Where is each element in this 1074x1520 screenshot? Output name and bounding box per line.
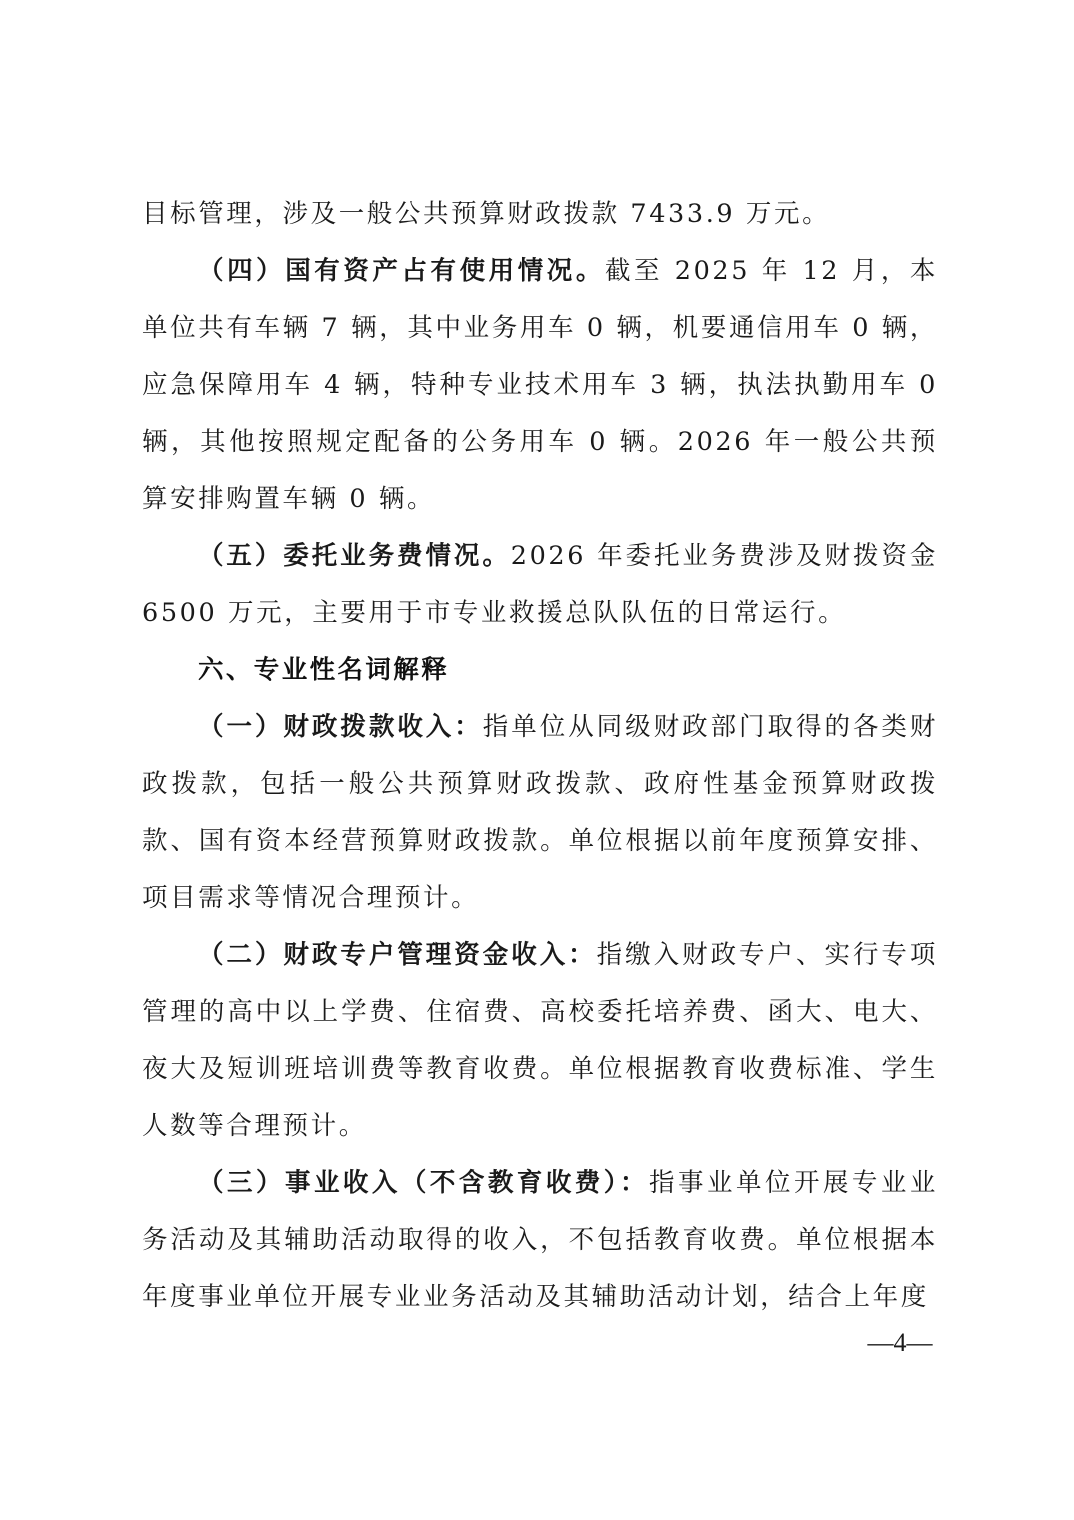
definition-text: 指缴入财政专户、实行专项管理的高中以上学费、住宿费、高校委托培养费、函大、电大、… — [142, 940, 938, 1141]
paragraph-entrusted-fees: （五）委托业务费情况。2026 年委托业务费涉及财拨资金 6500 万元，主要用… — [142, 528, 938, 642]
page-number: —4— — [860, 1328, 940, 1358]
paragraph-lead: （四）国有资产占有使用情况。 — [198, 256, 605, 286]
paragraph-asset-target: 目标管理，涉及一般公共预算财政拨款 7433.9 万元。 — [142, 186, 938, 243]
paragraph-lead: （五）委托业务费情况。 — [198, 541, 511, 571]
section-heading: 六、专业性名词解释 — [142, 642, 938, 699]
definition-term: （三）事业收入（不含教育收费）： — [198, 1168, 649, 1198]
definition-term: （二）财政专户管理资金收入： — [198, 940, 597, 970]
definition-fiscal-appropriation: （一）财政拨款收入：指单位从同级财政部门取得的各类财政拨款，包括一般公共预算财政… — [142, 699, 938, 927]
definition-business-income: （三）事业收入（不含教育收费）：指事业单位开展专业业务活动及其辅助活动取得的收入… — [142, 1155, 938, 1326]
page-body: 目标管理，涉及一般公共预算财政拨款 7433.9 万元。 （四）国有资产占有使用… — [142, 186, 938, 1326]
definition-term: （一）财政拨款收入： — [198, 712, 483, 742]
paragraph-text: 截至 2025 年 12 月，本单位共有车辆 7 辆，其中业务用车 0 辆，机要… — [142, 256, 938, 514]
definition-special-account: （二）财政专户管理资金收入：指缴入财政专户、实行专项管理的高中以上学费、住宿费、… — [142, 927, 938, 1155]
document-page: 目标管理，涉及一般公共预算财政拨款 7433.9 万元。 （四）国有资产占有使用… — [0, 0, 1074, 1520]
paragraph-text: 目标管理，涉及一般公共预算财政拨款 7433.9 万元。 — [142, 199, 830, 229]
paragraph-state-assets: （四）国有资产占有使用情况。截至 2025 年 12 月，本单位共有车辆 7 辆… — [142, 243, 938, 528]
definition-text: 指单位从同级财政部门取得的各类财政拨款，包括一般公共预算财政拨款、政府性基金预算… — [142, 712, 938, 913]
